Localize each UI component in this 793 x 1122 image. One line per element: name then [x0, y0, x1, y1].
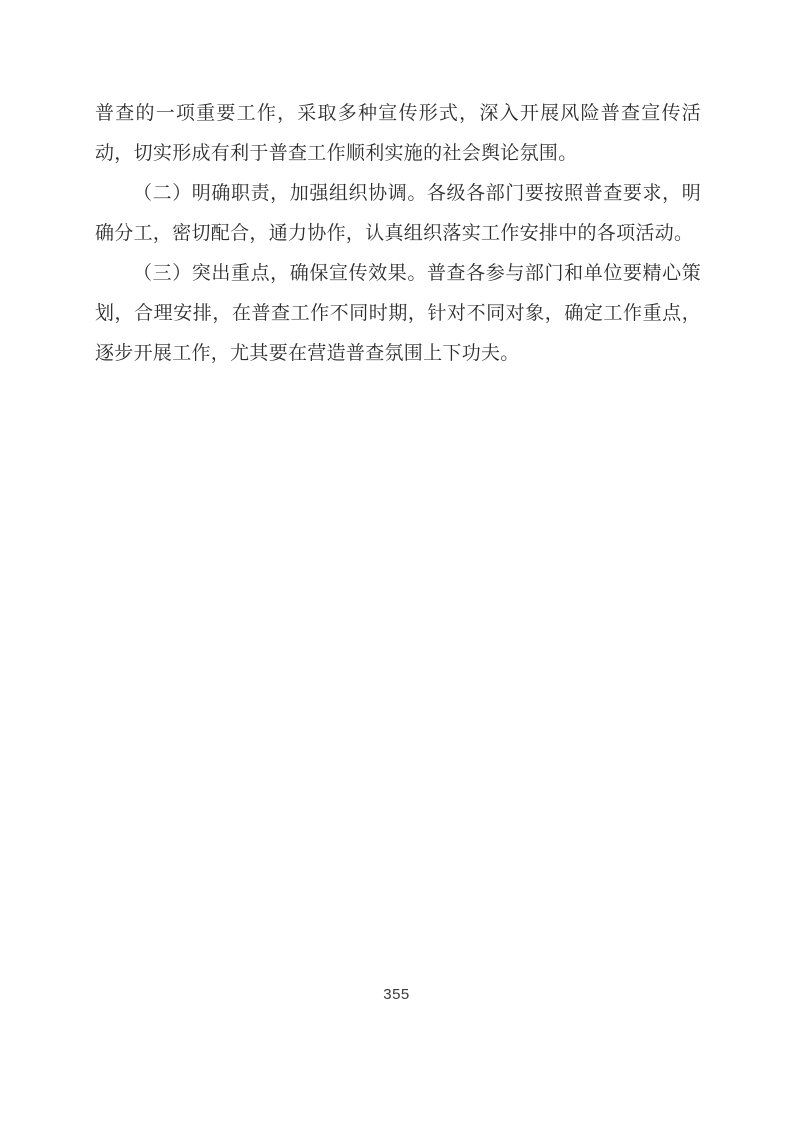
document-page: 普查的一项重要工作，采取多种宣传形式，深入开展风险普查宣传活动，切实形成有利于普… — [0, 0, 793, 1122]
page-number: 355 — [0, 986, 793, 1004]
body-paragraph-continuation: 普查的一项重要工作，采取多种宣传形式，深入开展风险普查宣传活动，切实形成有利于普… — [95, 94, 701, 174]
body-paragraph-item-3: （三）突出重点，确保宣传效果。普查各参与部门和单位要精心策划，合理安排，在普查工… — [95, 254, 701, 374]
body-paragraph-item-2: （二）明确职责，加强组织协调。各级各部门要按照普查要求，明确分工，密切配合，通力… — [95, 174, 701, 254]
document-body: 普查的一项重要工作，采取多种宣传形式，深入开展风险普查宣传活动，切实形成有利于普… — [95, 94, 701, 374]
